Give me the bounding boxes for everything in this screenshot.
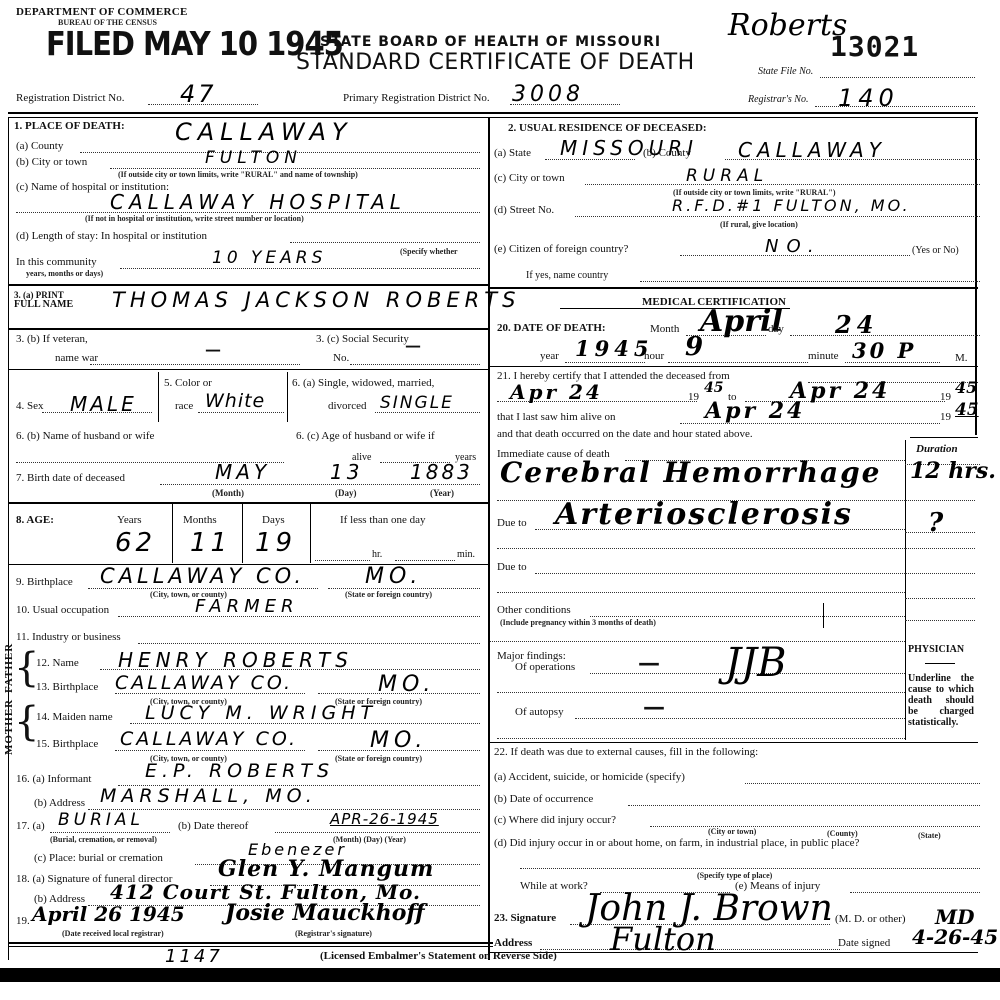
external-heading: 22. If death was due to external causes,… bbox=[494, 746, 758, 758]
race-label-2: race bbox=[175, 400, 193, 412]
due-to-2-label: Due to bbox=[497, 561, 527, 573]
department-label: DEPARTMENT OF COMMERCE bbox=[16, 6, 188, 18]
date-received-value: April 26 1945 bbox=[32, 902, 185, 926]
res-city-label: (c) City or town bbox=[494, 172, 565, 184]
stay-specify-note: (Specify whether bbox=[400, 247, 458, 256]
res-state-label: (a) State bbox=[494, 147, 531, 159]
citizen-value: NO. bbox=[765, 236, 822, 257]
last-saw-19-label: 19 bbox=[940, 411, 951, 423]
mother-birthplace-state-value: MO. bbox=[370, 728, 427, 753]
father-name-value: HENRY ROBERTS bbox=[118, 648, 353, 672]
board-title: STATE BOARD OF HEALTH OF MISSOURI bbox=[320, 34, 661, 50]
stay-label: (d) Length of stay: In hospital or insti… bbox=[16, 230, 207, 242]
scan-border bbox=[0, 968, 1000, 982]
age-hr-label: hr. bbox=[372, 549, 382, 560]
other-conditions-label: Other conditions bbox=[497, 604, 571, 616]
date-signed-value: 4-26-45 bbox=[912, 925, 998, 949]
death-month-label: Month bbox=[650, 323, 679, 335]
spouse-label: 6. (b) Name of husband or wife bbox=[16, 430, 154, 442]
registrar-label: 19. bbox=[16, 915, 30, 927]
citizen-yesno-label: (Yes or No) bbox=[912, 245, 959, 256]
birth-year-value: 1883 bbox=[410, 460, 473, 484]
certificate-title: STANDARD CERTIFICATE OF DEATH bbox=[296, 50, 695, 75]
ssn-no-label: No. bbox=[333, 352, 349, 364]
death-day-value: 24 bbox=[835, 310, 878, 339]
death-date-label: 20. DATE OF DEATH: bbox=[497, 322, 606, 334]
last-saw-year-value: 45 bbox=[955, 400, 979, 420]
birth-day-caption: (Day) bbox=[335, 488, 357, 498]
sex-value: MALE bbox=[70, 392, 137, 416]
mother-name-value: LUCY M. WRIGHT bbox=[145, 702, 377, 724]
war-label: name war bbox=[55, 352, 98, 364]
age-months-label: Months bbox=[183, 514, 217, 526]
death-minute-value: 30 P bbox=[852, 338, 916, 363]
registration-district-value: 47 bbox=[180, 80, 217, 108]
res-county-value: CALLAWAY bbox=[738, 138, 886, 162]
due-to-1-duration-value: ? bbox=[928, 508, 943, 538]
birth-day-value: 13 bbox=[330, 460, 363, 484]
death-county-label: (a) County bbox=[16, 140, 63, 152]
age-days-label: Days bbox=[262, 514, 285, 526]
informant-name-value: E.P. ROBERTS bbox=[145, 760, 334, 782]
veteran-label: 3. (b) If veteran, bbox=[16, 333, 88, 345]
age-less-label: If less than one day bbox=[340, 514, 426, 526]
industry-label: 11. Industry or business bbox=[16, 631, 121, 643]
physician-initials: JJB bbox=[725, 640, 786, 686]
registrar-signature-caption: (Registrar's signature) bbox=[295, 929, 372, 938]
place-of-death-heading: 1. PLACE OF DEATH: bbox=[14, 120, 125, 132]
birth-month-caption: (Month) bbox=[212, 488, 244, 498]
ssn-label: 3. (c) Social Security bbox=[316, 333, 409, 345]
death-year-value: 1945 bbox=[575, 336, 653, 361]
autopsy-value: — bbox=[643, 694, 665, 720]
birth-year-caption: (Year) bbox=[430, 488, 454, 498]
state-file-label: State File No. bbox=[758, 66, 813, 77]
full-name-value: THOMAS JACKSON ROBERTS bbox=[112, 288, 520, 312]
burial-place-label: (c) Place: burial or cremation bbox=[34, 852, 163, 864]
death-minute-label: minute bbox=[808, 350, 839, 362]
ssn-value: — bbox=[405, 336, 421, 355]
res-city-value: RURAL bbox=[686, 166, 768, 186]
last-saw-label: that I last saw him alive on bbox=[497, 411, 616, 423]
residence-heading: 2. USUAL RESIDENCE OF DECEASED: bbox=[508, 122, 707, 134]
age-months-value: 11 bbox=[190, 528, 231, 558]
occupation-value: FARMER bbox=[195, 596, 299, 617]
external-city-caption: (City or town) bbox=[708, 827, 756, 836]
primary-registration-label: Primary Registration District No. bbox=[343, 92, 490, 104]
while-at-work-label: While at work? bbox=[520, 880, 588, 892]
physician-box-text: Underline the cause to which death shoul… bbox=[908, 673, 974, 728]
signature-address-label: Address bbox=[494, 937, 532, 949]
country-label: If yes, name country bbox=[526, 270, 608, 281]
age-years-label: Years bbox=[117, 514, 142, 526]
mother-birthplace-label: 15. Birthplace bbox=[36, 738, 98, 750]
burial-label: 17. (a) bbox=[16, 820, 45, 832]
war-value: — bbox=[205, 340, 221, 359]
birthplace-label: 9. Birthplace bbox=[16, 576, 73, 588]
signature-label: 23. Signature bbox=[494, 912, 556, 924]
external-b-label: (b) Date of occurrence bbox=[494, 793, 593, 805]
mother-name-label: 14. Maiden name bbox=[36, 711, 113, 723]
mother-state-caption: (State or foreign country) bbox=[335, 754, 422, 763]
external-c-label: (c) Where did injury occur? bbox=[494, 814, 616, 826]
state-file-number: 13021 bbox=[830, 30, 919, 63]
md-label: (M. D. or other) bbox=[835, 913, 906, 925]
occupation-label: 10. Usual occupation bbox=[16, 604, 109, 616]
registration-district-label: Registration District No. bbox=[16, 92, 124, 104]
funeral-director-signature: Glen Y. Mangum bbox=[218, 856, 434, 882]
operations-value: — bbox=[638, 650, 660, 676]
death-city-label: (b) City or town bbox=[16, 156, 87, 168]
marital-label-1: 6. (a) Single, widowed, married, bbox=[292, 377, 434, 389]
father-birthplace-state-value: MO. bbox=[378, 672, 435, 697]
father-name-label: 12. Name bbox=[36, 657, 79, 669]
immediate-duration-value: 12 hrs. bbox=[910, 458, 996, 484]
mother-birthplace-city-value: CALLAWAY CO. bbox=[120, 728, 298, 750]
due-to-1-value: Arteriosclerosis bbox=[555, 497, 853, 532]
death-hour-label: hour bbox=[644, 350, 664, 362]
burial-date-value: APR-26-1945 bbox=[330, 810, 439, 828]
autopsy-label: Of autopsy bbox=[515, 706, 564, 718]
name-label-2: FULL NAME bbox=[14, 300, 73, 310]
age-years-value: 62 bbox=[115, 528, 156, 558]
informant-address-value: MARSHALL, MO. bbox=[100, 785, 317, 807]
occurred-label: and that death occurred on the date and … bbox=[497, 428, 753, 440]
external-a-label: (a) Accident, suicide, or homicide (spec… bbox=[494, 771, 685, 783]
primary-registration-value: 3008 bbox=[512, 82, 584, 107]
from-year-value: 45 bbox=[704, 380, 723, 396]
birthplace-state-value: MO. bbox=[365, 564, 422, 589]
registrar-number-label: Registrar's No. bbox=[748, 94, 808, 105]
date-signed-label: Date signed bbox=[838, 937, 890, 949]
birthplace-state-caption: (State or foreign country) bbox=[345, 590, 432, 599]
informant-address-label: (b) Address bbox=[34, 797, 85, 809]
race-label-1: 5. Color or bbox=[164, 377, 212, 389]
last-saw-value: Apr 24 bbox=[705, 398, 805, 424]
father-birthplace-city-value: CALLAWAY CO. bbox=[115, 672, 293, 694]
other-conditions-note: (Include pregnancy within 3 months of de… bbox=[500, 618, 656, 627]
death-m-label: M. bbox=[955, 352, 968, 364]
duration-header: Duration bbox=[916, 443, 958, 455]
registrar-number-value: 140 bbox=[838, 84, 899, 112]
informant-label: 16. (a) Informant bbox=[16, 773, 91, 785]
death-city-note: (If outside city or town limits, write "… bbox=[118, 170, 358, 179]
physician-box-title: PHYSICIAN bbox=[908, 644, 964, 655]
res-county-label: (b) County bbox=[643, 147, 691, 159]
from-19-label: 19 bbox=[688, 391, 699, 403]
birth-date-label: 7. Birth date of deceased bbox=[16, 472, 125, 484]
operations-label: Of operations bbox=[515, 661, 575, 673]
age-days-value: 19 bbox=[255, 528, 296, 558]
burial-date-label: (b) Date thereof bbox=[178, 820, 248, 832]
date-received-caption: (Date received local registrar) bbox=[62, 929, 164, 938]
age-min-label: min. bbox=[457, 549, 475, 560]
death-day-label: day bbox=[768, 323, 784, 335]
registrar-signature: Josie Mauckhoff bbox=[225, 900, 425, 926]
birth-month-value: MAY bbox=[215, 460, 270, 484]
immediate-cause-value: Cerebral Hemorrhage bbox=[500, 456, 882, 489]
marital-label-2: divorced bbox=[328, 400, 366, 412]
attended-from-value: Apr 24 bbox=[510, 380, 603, 404]
community-note: years, months or days) bbox=[26, 269, 103, 278]
age-label: 8. AGE: bbox=[16, 514, 54, 526]
race-value: White bbox=[205, 390, 265, 412]
institution-note: (If not in hospital or institution, writ… bbox=[85, 214, 304, 223]
res-street-value: R.F.D.#1 FULTON, MO. bbox=[672, 196, 911, 215]
marital-value: SINGLE bbox=[380, 393, 454, 413]
community-label: In this community bbox=[16, 256, 97, 268]
community-value: 10 YEARS bbox=[212, 248, 326, 268]
death-hour-value: 9 bbox=[685, 332, 703, 362]
res-street-label: (d) Street No. bbox=[494, 204, 554, 216]
external-place-caption: (Specify type of place) bbox=[697, 871, 772, 880]
due-to-1-label: Due to bbox=[497, 517, 527, 529]
footer-note: (Licensed Embalmer's Statement on Revers… bbox=[320, 950, 557, 962]
sex-label: 4. Sex bbox=[16, 400, 44, 412]
birthplace-city-value: CALLAWAY CO. bbox=[100, 564, 305, 588]
father-birthplace-label: 13. Birthplace bbox=[36, 681, 98, 693]
death-county-value: CALLAWAY bbox=[175, 118, 353, 146]
death-year-label: year bbox=[540, 350, 559, 362]
burial-type-value: BURIAL bbox=[58, 810, 144, 830]
external-d-label: (d) Did injury occur in or about home, o… bbox=[494, 837, 859, 849]
spouse-age-label: 6. (c) Age of husband or wife if bbox=[296, 430, 435, 442]
citizen-label: (e) Citizen of foreign country? bbox=[494, 243, 628, 255]
to-19-label: 19 bbox=[940, 391, 951, 403]
death-city-value: FULTON bbox=[205, 148, 302, 168]
institution-value: CALLAWAY HOSPITAL bbox=[110, 190, 406, 214]
external-state-caption: (State) bbox=[918, 831, 941, 840]
burial-type-caption: (Burial, cremation, or removal) bbox=[50, 835, 157, 844]
footer-number: 1147 bbox=[165, 946, 223, 967]
res-street-note: (If rural, give location) bbox=[720, 220, 798, 229]
to-year-value: 45 bbox=[955, 378, 977, 397]
